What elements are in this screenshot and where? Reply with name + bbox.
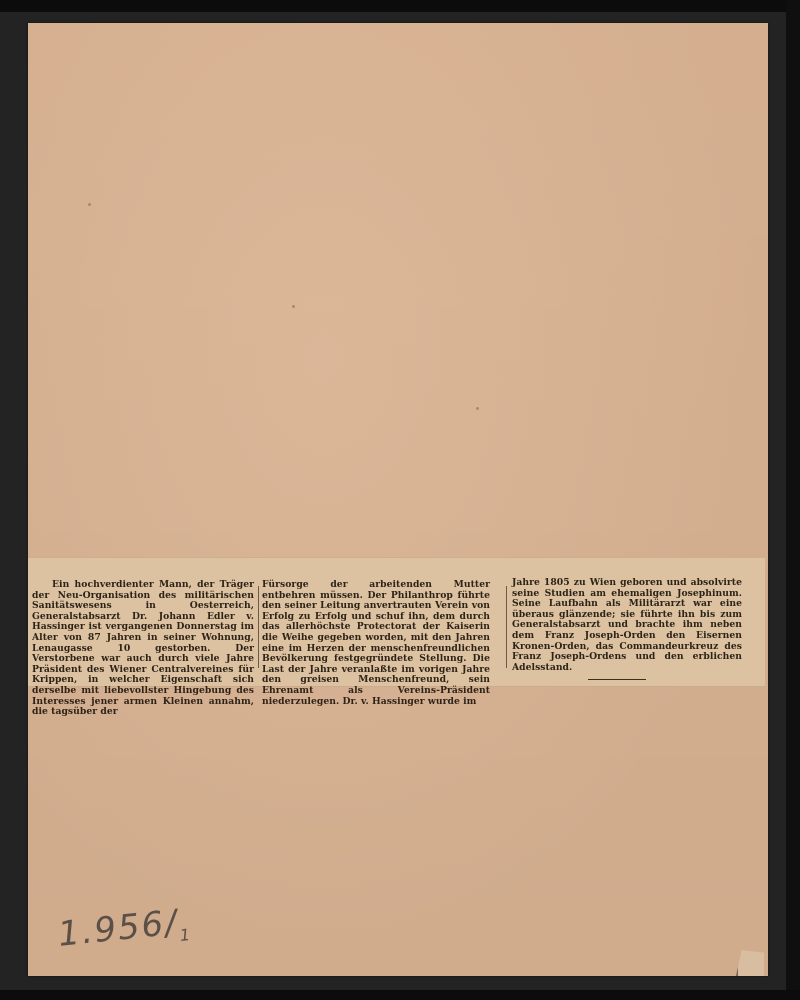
clipping-column-1: Ein hochverdienter Mann, der Träger der … <box>32 580 254 676</box>
scanner-edge-bottom <box>0 990 800 1000</box>
clipping-column-2: Fürsorge der arbeitenden Mutter entbehre… <box>262 580 490 676</box>
article-end-rule <box>588 679 646 680</box>
inventory-number: 1.956/ <box>56 902 180 954</box>
column-divider <box>258 586 259 668</box>
mounting-paper: Ein hochverdienter Mann, der Träger der … <box>28 23 768 976</box>
folded-corner <box>736 950 764 976</box>
newspaper-clipping: Ein hochverdienter Mann, der Träger der … <box>28 557 765 687</box>
column-3-text: Jahre 1805 zu Wien geboren und absolvirt… <box>512 578 742 673</box>
paper-speck <box>476 407 479 410</box>
inventory-number-suffix: 1 <box>179 925 193 945</box>
scanner-edge-right <box>786 0 800 1000</box>
column-1-text: Ein hochverdienter Mann, der Träger der … <box>32 580 254 718</box>
handwritten-inventory-number: 1.956/1 <box>56 901 193 957</box>
paper-speck <box>88 203 91 206</box>
column-divider <box>506 586 507 668</box>
paper-speck <box>292 305 295 308</box>
column-2-text: Fürsorge der arbeitenden Mutter entbehre… <box>262 580 490 707</box>
clipping-column-3: Jahre 1805 zu Wien geboren und absolvirt… <box>512 578 742 674</box>
scanner-edge-top <box>0 0 800 12</box>
